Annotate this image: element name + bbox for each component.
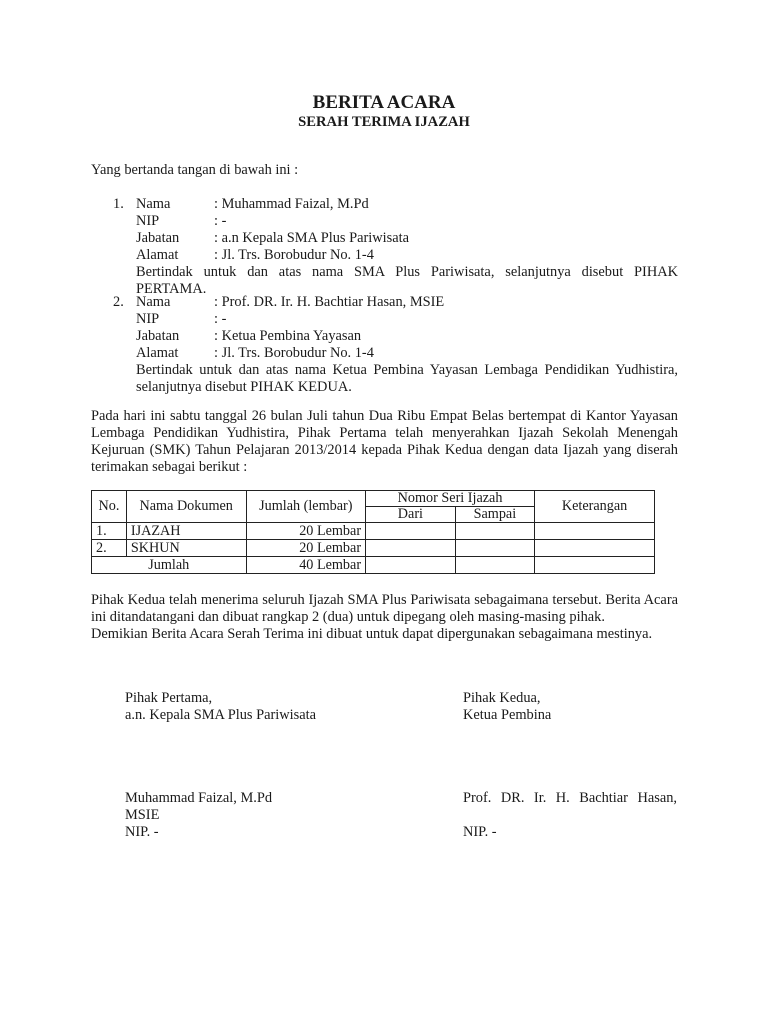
field-value: : Jl. Trs. Borobudur No. 1-4 <box>214 345 374 362</box>
header-nomor-seri: Nomor Seri Ijazah <box>366 491 535 507</box>
party-number: 1. <box>113 196 124 213</box>
field-value: : Prof. DR. Ir. H. Bachtiar Hasan, MSIE <box>214 294 444 311</box>
party-description: Bertindak untuk dan atas nama Ketua Pemb… <box>136 362 678 396</box>
field-jabatan: Jabatan: a.n Kepala SMA Plus Pariwisata <box>136 230 409 247</box>
body-paragraph: Pada hari ini sabtu tanggal 26 bulan Jul… <box>91 408 678 476</box>
cell-jumlah: 20 Lembar <box>246 523 366 540</box>
closing-paragraph: Pihak Kedua telah menerima seluruh Ijaza… <box>91 592 678 626</box>
sig-right-nip: NIP. - <box>463 824 497 841</box>
field-value: : - <box>214 311 226 328</box>
cell-keterangan <box>535 557 655 574</box>
field-nip: NIP: - <box>136 311 226 328</box>
field-label: Nama <box>136 196 214 213</box>
sig-left-role-title: a.n. Kepala SMA Plus Pariwisata <box>125 707 316 724</box>
table-row: 2. SKHUN 20 Lembar <box>92 540 655 557</box>
field-label: Nama <box>136 294 214 311</box>
cell-no: 2. <box>92 540 127 557</box>
cell-dari <box>366 557 456 574</box>
cell-dari <box>366 523 456 540</box>
field-value: : Jl. Trs. Borobudur No. 1-4 <box>214 247 374 264</box>
field-value: : Muhammad Faizal, M.Pd <box>214 196 369 213</box>
field-label: Alamat <box>136 345 214 362</box>
cell-nama: IJAZAH <box>126 523 246 540</box>
field-alamat: Alamat: Jl. Trs. Borobudur No. 1-4 <box>136 345 374 362</box>
intro-text: Yang bertanda tangan di bawah ini : <box>91 162 298 179</box>
field-nip: NIP: - <box>136 213 226 230</box>
cell-dari <box>366 540 456 557</box>
field-label: Jabatan <box>136 328 214 345</box>
party-description: Bertindak untuk dan atas nama SMA Plus P… <box>136 264 678 298</box>
cell-no: 1. <box>92 523 127 540</box>
cell-sampai <box>455 523 534 540</box>
field-label: Alamat <box>136 247 214 264</box>
field-nama: Nama: Muhammad Faizal, M.Pd <box>136 196 369 213</box>
header-nama-dokumen: Nama Dokumen <box>126 491 246 523</box>
cell-nama: SKHUN <box>126 540 246 557</box>
field-value: : Ketua Pembina Yayasan <box>214 328 361 345</box>
ijazah-table: No. Nama Dokumen Jumlah (lembar) Nomor S… <box>91 490 655 574</box>
sig-right-name: Prof. DR. Ir. H. Bachtiar Hasan, <box>463 790 677 807</box>
field-value: : - <box>214 213 226 230</box>
header-jumlah: Jumlah (lembar) <box>246 491 366 523</box>
sig-left-name-cont: MSIE <box>125 807 159 824</box>
sig-left-role: Pihak Pertama, <box>125 690 212 707</box>
header-sampai: Sampai <box>455 507 534 523</box>
field-nama: Nama: Prof. DR. Ir. H. Bachtiar Hasan, M… <box>136 294 444 311</box>
sig-left-name: Muhammad Faizal, M.Pd <box>125 790 272 807</box>
field-label: NIP <box>136 213 214 230</box>
document-title: BERITA ACARA <box>0 92 768 114</box>
header-no: No. <box>92 491 127 523</box>
field-value: : a.n Kepala SMA Plus Pariwisata <box>214 230 409 247</box>
field-label: Jabatan <box>136 230 214 247</box>
cell-sampai <box>455 557 534 574</box>
cell-jumlah: 20 Lembar <box>246 540 366 557</box>
header-dari: Dari <box>366 507 456 523</box>
field-jabatan: Jabatan: Ketua Pembina Yayasan <box>136 328 361 345</box>
table-total-row: Jumlah 40 Lembar <box>92 557 655 574</box>
field-label: NIP <box>136 311 214 328</box>
cell-keterangan <box>535 523 655 540</box>
header-keterangan: Keterangan <box>535 491 655 523</box>
sig-right-role-title: Ketua Pembina <box>463 707 551 724</box>
cell-total-label: Jumlah <box>92 557 247 574</box>
cell-sampai <box>455 540 534 557</box>
closing-final: Demikian Berita Acara Serah Terima ini d… <box>91 626 652 643</box>
sig-right-role: Pihak Kedua, <box>463 690 541 707</box>
document-subtitle: SERAH TERIMA IJAZAH <box>0 114 768 131</box>
sig-left-nip: NIP. - <box>125 824 159 841</box>
field-alamat: Alamat: Jl. Trs. Borobudur No. 1-4 <box>136 247 374 264</box>
cell-total-jumlah: 40 Lembar <box>246 557 366 574</box>
party-number: 2. <box>113 294 124 311</box>
cell-keterangan <box>535 540 655 557</box>
table-row: 1. IJAZAH 20 Lembar <box>92 523 655 540</box>
